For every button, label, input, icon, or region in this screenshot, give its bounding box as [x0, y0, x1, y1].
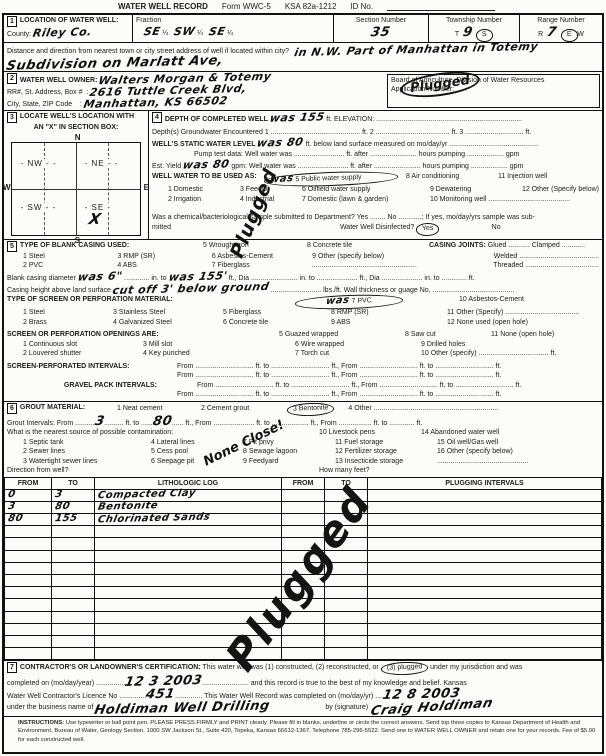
instructions-text: Use typewriter or ball point pen. PLEASE… — [18, 720, 595, 743]
casing-height-label: Casing height above land surface — [7, 287, 111, 294]
fraction-value: SE ¼ SW ¼ SE ¼ — [136, 26, 330, 39]
grout-option-4: 4 Other ................................… — [348, 404, 498, 414]
cert-text-3: ........................ and this record… — [202, 680, 467, 687]
depth-title: DEPTH OF COMPLETED WELL — [165, 116, 268, 123]
screen-intervals-label: SCREEN-PERFORATED INTERVALS: — [7, 362, 177, 372]
section-6-number: 6 — [7, 403, 17, 414]
screen-option-1: 1 Steel — [7, 308, 113, 318]
fraction-1: SE — [143, 25, 162, 36]
casing-option-8: 8 Concrete tile — [307, 241, 429, 252]
log-row-empty — [5, 562, 602, 574]
gravel-interval-line-2: From .............................. ft. … — [177, 390, 501, 400]
screen-option-12: 12 None used (open hole) — [447, 318, 528, 328]
licence-label: Water Well Contractor's Licence No .....… — [7, 693, 146, 700]
screen-option-6: 6 Concrete tile — [223, 318, 331, 328]
township-t: T — [455, 31, 459, 38]
certification-title: CONTRACTOR'S OR LANDOWNER'S CERTIFICATIO… — [20, 664, 201, 671]
contam-1: 1 Septic tank — [7, 438, 151, 448]
disinfected-yes-circled: Yes — [416, 222, 440, 235]
log-to: 80 — [54, 502, 71, 512]
section-3-title-2: AN "X" IN SECTION BOX: — [7, 123, 145, 133]
opening-9: 9 Drilled holes — [421, 340, 465, 350]
contam-12: 12 Fertilizer storage — [335, 447, 437, 457]
opening-11: 11 None (open hole) — [491, 330, 554, 340]
city-value: Manhattan, KS 66502 — [82, 95, 228, 110]
use-label: WELL WATER TO BE USED AS: — [152, 172, 264, 186]
screen-option-7: 7 PVC — [351, 297, 371, 305]
range-label: Range Number — [523, 16, 599, 26]
depth-value: was 155 — [269, 111, 326, 123]
screen-option-11: 11 Other (Specify) .....................… — [447, 308, 579, 318]
quadrant-sw: - SW - - — [20, 203, 58, 212]
use-option-4: 4 Industrial — [240, 195, 302, 205]
opening-7: 7 Torch cut — [295, 349, 421, 359]
col-to-2: TO — [325, 477, 368, 489]
section-3-number: 3 — [7, 112, 17, 123]
opening-2: 2 Louvered shutter — [7, 349, 143, 359]
distance-value-1: in N.W. Part of Manhattan in Totemy — [293, 41, 539, 58]
owner-block: 2WATER WELL OWNER: Walters Morgan & Tote… — [4, 72, 387, 111]
section-4-number: 4 — [152, 112, 162, 123]
range-r: R — [538, 31, 543, 38]
business-name-value: Holdiman Well Drilling — [94, 698, 328, 717]
use-option-1: 1 Domestic — [152, 185, 240, 195]
section-7-number: 7 — [7, 662, 17, 673]
city-label: City, State, ZIP Code — [7, 101, 72, 108]
screen-option-8: 8 RMP (SR) — [331, 308, 447, 318]
log-row-empty — [5, 635, 602, 647]
statute-ref: KSA 82a-1212 — [285, 2, 337, 11]
casing-option-5: 5 Wrought iron — [203, 241, 307, 252]
section-box-diagram: - NW - - - NE - - - SW - - - SE - N S W … — [11, 142, 141, 236]
use-option-11: 11 Injection well — [498, 172, 547, 186]
log-row-empty — [5, 538, 602, 550]
section-3-4-row: 3LOCATE WELL'S LOCATION WITH AN "X" IN S… — [4, 110, 602, 239]
gw-2: ft. 2 ..................................… — [362, 129, 450, 136]
cert-text-1: This water well was (1) constructed, (2)… — [203, 664, 379, 671]
contam-16-dots: ........................................… — [437, 457, 528, 467]
township-cell: Township Number T 9 S — [428, 15, 519, 42]
opening-3: 3 Mill slot — [143, 340, 295, 350]
groundwater-label: Depth(s) Groundwater Encountered — [152, 129, 263, 136]
section-number-cell: Section Number 35 — [333, 15, 428, 42]
gw-3: ft. 3 .............................. — [452, 129, 524, 136]
screen-option-4: 4 Galvanized Steel — [113, 318, 223, 328]
grout-from-value: 3 — [93, 415, 105, 428]
section-2-number: 2 — [7, 73, 17, 84]
casing-title: TYPE OF BLANK CASING USED: — [20, 242, 129, 249]
screen-option-9: 9 ABS — [331, 318, 447, 328]
signature-label: by (signature) — [325, 703, 368, 713]
contam-14: 14 Abandoned water well — [421, 428, 499, 438]
static-level-value: was 80 — [256, 136, 305, 148]
distance-direction: Distance and direction from nearest town… — [4, 42, 602, 71]
elevation-label: ft. ELEVATION: .........................… — [326, 116, 522, 123]
township-s-circled: S — [476, 28, 493, 41]
log-from: 0 — [7, 490, 16, 500]
compass-n: N — [75, 133, 81, 142]
gravel-interval-line-1: From .............................. ft. … — [197, 381, 521, 391]
use-was: was — [269, 173, 294, 184]
opening-5: 5 Guazed wrapped — [279, 330, 405, 340]
range-w: W — [577, 31, 584, 38]
log-to: 3 — [54, 490, 63, 500]
col-to-1: TO — [52, 477, 95, 489]
openings-title: SCREEN OR PERFORATION OPENINGS ARE: — [7, 330, 279, 340]
log-row: 03Compacted Clay — [5, 489, 602, 501]
col-plugging-intervals: PLUGGING INTERVALS — [368, 477, 602, 489]
sample-line-2: mitted — [152, 223, 340, 236]
diameter-into: in. to — [151, 275, 166, 282]
board-line-1: Board of Agriculture, Division of Water … — [391, 76, 596, 85]
section-1-number: 1 — [7, 16, 17, 27]
log-row-empty — [5, 648, 602, 660]
sample-line-1: Was a chemical/bacteriological sample su… — [152, 213, 599, 223]
range-e-circled: E — [560, 28, 577, 41]
range-cell: Range Number R 7 EW — [519, 15, 602, 42]
how-many-feet-question: How many feet? — [319, 466, 370, 476]
joints-threaded: Threaded ...............................… — [429, 261, 599, 271]
static-level-label: WELL'S STATIC WATER LEVEL — [152, 141, 256, 148]
form-number: Form WWC-5 — [222, 2, 271, 11]
log-row: 80155Chlorinated Sands — [5, 514, 602, 526]
fraction-2: SW — [173, 25, 196, 37]
log-row-empty — [5, 587, 602, 599]
table-header-row: FROM TO LITHOLOGIC LOG FROM TO PLUGGING … — [5, 477, 602, 489]
log-row: 380Bentonite — [5, 501, 602, 513]
section-4-depth: 4DEPTH OF COMPLETED WELL was 155 ft. ELE… — [148, 111, 602, 239]
county-value: Riley Co. — [32, 26, 93, 39]
casing-option-9: 9 Other (specify below) — [312, 252, 430, 262]
section-7-certification: 7CONTRACTOR'S OR LANDOWNER'S CERTIFICATI… — [4, 660, 602, 716]
cert-text-2: under my jurisdiction and was — [430, 664, 522, 671]
grout-from: From .......... — [57, 420, 95, 427]
section-2-owner: 2WATER WELL OWNER: Walters Morgan & Tote… — [4, 71, 602, 111]
completed-on-label: completed on (mo/day/year) .............… — [7, 680, 125, 687]
diameter-value-1: was 6" — [77, 270, 124, 282]
county-cell: 1LOCATION OF WATER WELL: County: Riley C… — [4, 15, 132, 42]
log-row-empty — [5, 611, 602, 623]
address-label: RR#, St. Address, Box # — [7, 89, 82, 96]
business-name-label: under the business name of — [7, 703, 93, 713]
county-label: County: — [7, 31, 31, 38]
use-option-7: 7 Domestic (lawn & garden) — [302, 195, 430, 205]
casing-joints-label: CASING JOINTS: — [429, 241, 486, 252]
section-5-casing: 5TYPE OF BLANK CASING USED:5 Wrought iro… — [4, 239, 602, 401]
direction-question: Direction from well? — [7, 466, 319, 476]
use-option-12: 12 Other (Specify below) — [522, 185, 599, 195]
screen-interval-line-1: From .............................. ft. … — [177, 362, 501, 372]
grout-option-2: 2 Cement grout — [201, 404, 287, 414]
section-6-grout: 6GROUT MATERIAL:1 Neat cement2 Cement gr… — [4, 401, 602, 477]
grout-to-value: 80 — [151, 415, 173, 428]
log-desc: Chlorinated Sands — [97, 513, 211, 526]
log-desc: Compacted Clay — [97, 489, 197, 502]
section-box-dash-right — [108, 143, 109, 235]
log-row-empty — [5, 599, 602, 611]
diameter-label: Blank casing diameter — [7, 275, 76, 282]
quarter-mark-1: ¼ — [162, 30, 168, 37]
contam-8: 8 Sewage lagoon — [243, 447, 335, 457]
opening-8: 8 Saw cut — [405, 330, 491, 340]
disinfected-label: Water Well Disinfected? — [340, 223, 414, 236]
use-option-2: 2 Irrigation — [152, 195, 240, 205]
log-row-empty — [5, 550, 602, 562]
compass-e: E — [144, 183, 149, 192]
screen-was: was — [325, 295, 350, 306]
use-option-6: 6 Oilfield water supply — [302, 185, 430, 195]
contam-10: 10 Livestock pens — [319, 428, 421, 438]
joints-welded: Welded .................................… — [430, 252, 599, 262]
id-label: ID No. — [350, 2, 373, 11]
section-5-number: 5 — [7, 241, 17, 252]
casing-option-6: 6 Asbestos-Cement — [212, 252, 312, 262]
owner-title: WATER WELL OWNER: — [20, 77, 98, 84]
gravel-intervals-label: GRAVEL PACK INTERVALS: — [7, 381, 177, 391]
quarter-mark-2: ¼ — [197, 30, 203, 37]
form-title: WATER WELL RECORD — [118, 2, 208, 11]
fraction-3: SE — [208, 25, 227, 36]
screen-option-10: 10 Asbestos-Cement — [403, 295, 524, 309]
casing-height-rest: lbs./ft. Wall thickness or guage No. ...… — [323, 287, 514, 294]
use-option-3: 3 Feedlot — [240, 185, 302, 195]
log-row-empty — [5, 623, 602, 635]
quadrant-nw: - NW - - — [20, 159, 58, 168]
water-well-record-form: WATER WELL RECORD Form WWC-5 KSA 82a-121… — [0, 0, 606, 756]
log-desc: Bentonite — [97, 501, 159, 513]
contam-3: 3 Watertight sewer lines — [7, 457, 151, 467]
id-blank-line — [387, 2, 495, 11]
licence-number: 451 — [145, 687, 176, 701]
contam-15: 15 Oil well/Gas well — [437, 438, 498, 448]
use-option-8: 8 Air conditioning — [398, 172, 498, 186]
screen-option-5: 5 Fiberglass — [223, 308, 331, 318]
opening-6: 6 Wire wrapped — [295, 340, 421, 350]
form-body: 1LOCATION OF WATER WELL: County: Riley C… — [2, 13, 604, 754]
est-yield-label: Est. Yield — [152, 163, 181, 170]
log-from: 80 — [7, 514, 24, 524]
gpm-label: gpm: — [231, 163, 247, 170]
application-number-label: Application Number: — [391, 85, 596, 95]
grout-mid: .......... ft. to ...... — [104, 420, 153, 427]
log-to: 155 — [54, 514, 78, 525]
contam-11: 11 Fuel storage — [335, 438, 437, 448]
section-3-locate: 3LOCATE WELL'S LOCATION WITH AN "X" IN S… — [4, 111, 148, 239]
gw-1: 1 ......................................… — [265, 129, 360, 136]
log-row-empty — [5, 526, 602, 538]
casing-option-1: 1 Steel — [7, 252, 117, 262]
pump-test-line-2: Well water was .........................… — [249, 163, 524, 170]
contam-9: 9 Feedyard — [243, 457, 335, 467]
compass-w: W — [3, 183, 11, 192]
section-1-location: 1LOCATION OF WATER WELL: County: Riley C… — [4, 15, 602, 42]
grout-intervals-label: Grout Intervals: — [7, 420, 55, 427]
board-of-agriculture-box: Board of Agriculture, Division of Water … — [387, 74, 600, 109]
fraction-label: Fraction — [136, 16, 330, 26]
grout-option-1: 1 Neat cement — [117, 404, 201, 414]
form-header: WATER WELL RECORD Form WWC-5 KSA 82a-121… — [0, 0, 606, 12]
col-from-2: FROM — [282, 477, 325, 489]
instructions-label: INSTRUCTIONS: — [18, 720, 64, 726]
distance-label: Distance and direction from nearest town… — [7, 48, 289, 55]
pump-test-line-1: Well water was .........................… — [245, 151, 520, 158]
use-option-9: 9 Dewatering — [430, 185, 522, 195]
disinfected-no: No — [492, 223, 501, 236]
gw-ft: ft. — [525, 129, 531, 136]
instructions-block: INSTRUCTIONS: Use typewriter or ball poi… — [4, 716, 602, 747]
use-option-10: 10 Monitoring well .....................… — [430, 195, 570, 205]
fraction-cell: Fraction SE ¼ SW ¼ SE ¼ — [132, 15, 333, 42]
static-level-rest: ft. below land surface measured on mo/da… — [306, 141, 539, 148]
col-from-1: FROM — [5, 477, 52, 489]
section-1-title: LOCATION OF WATER WELL: — [20, 17, 119, 24]
use-option-5: 5 Public water supply — [295, 173, 361, 182]
est-yield-value: was 80 — [182, 158, 231, 170]
screen-material-title: TYPE OF SCREEN OR PERFORATION MATERIAL: — [7, 295, 295, 309]
section-box-dash-left — [44, 143, 45, 235]
grout-rest: ...... ft., From ..................... f… — [172, 420, 423, 427]
contam-2: 2 Sewer lines — [7, 447, 151, 457]
quarter-mark-3: ¼ — [227, 30, 233, 37]
pump-test-label: Pump test data: — [194, 151, 243, 158]
quadrant-ne: - NE - - — [84, 159, 120, 168]
casing-height-value: cut off 3' below ground — [111, 280, 270, 295]
joints-glued: Glued ........... Clamped ............ — [488, 241, 585, 252]
log-row-empty — [5, 575, 602, 587]
section-box-horizontal-line — [12, 189, 140, 190]
casing-option-3: 3 RMP (SR) — [117, 252, 211, 262]
section-3-title-1: LOCATE WELL'S LOCATION WITH — [20, 113, 134, 120]
contam-13: 13 Insecticide storage — [335, 457, 437, 467]
contam-16: 16 Other (specify below) — [437, 447, 513, 457]
township-value: 9 — [462, 25, 474, 38]
section-number-value: 35 — [370, 25, 392, 38]
colon-2: : — [80, 101, 82, 108]
casing-option-9-dots: ........................................… — [312, 261, 429, 271]
opening-4: 4 Key punched — [143, 349, 295, 359]
screen-interval-line-2: From .............................. ft. … — [177, 371, 501, 381]
log-from: 3 — [7, 502, 16, 512]
lithologic-log-table: FROM TO LITHOLOGIC LOG FROM TO PLUGGING … — [4, 477, 602, 661]
screen-option-3: 3 Stainless Steel — [113, 308, 223, 318]
grout-option-3-circled: 3 Bentonite — [287, 402, 335, 416]
screen-option-2: 2 Brass — [7, 318, 113, 328]
grout-title: GROUT MATERIAL: — [20, 404, 85, 411]
opening-1: 1 Continuous slot — [7, 340, 143, 350]
range-value: 7 — [546, 25, 558, 38]
opening-10: 10 Other (specify) .....................… — [421, 349, 556, 359]
well-x-mark: X — [87, 212, 102, 227]
cert-plugged-circled: (3) plugged — [381, 661, 429, 675]
